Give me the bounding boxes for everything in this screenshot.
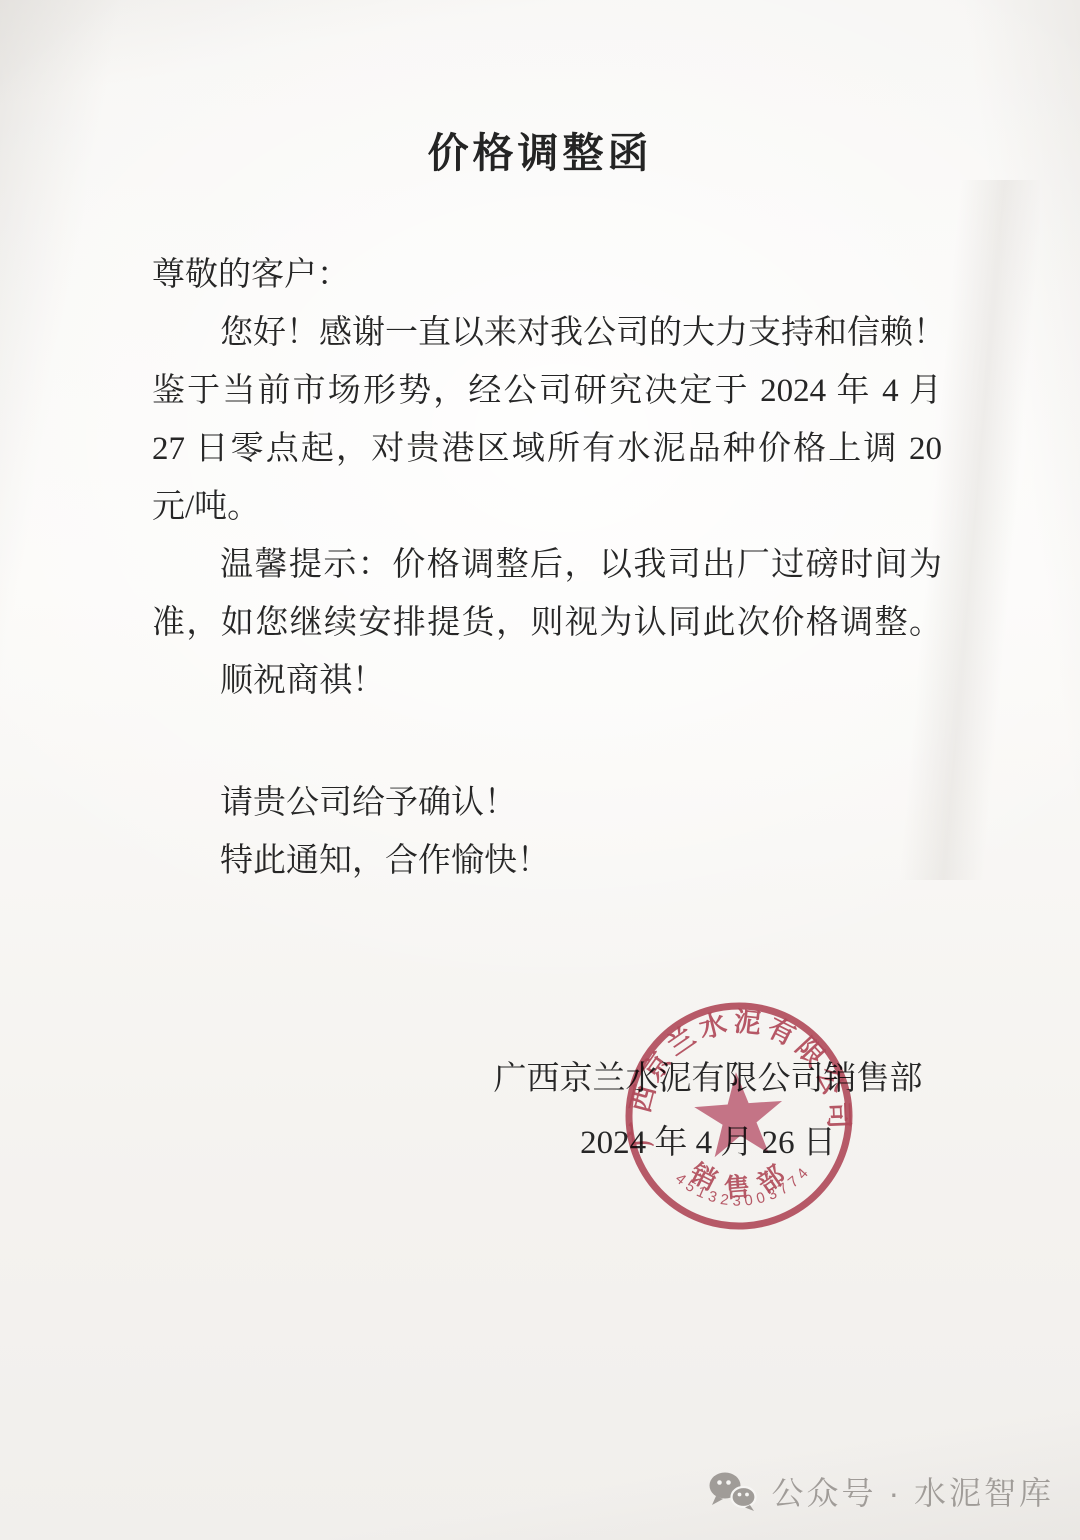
- letter-line: 鉴于当前市场形势，经公司研究决定于 2024 年 4 月: [152, 362, 942, 420]
- letter-line: 27 日零点起，对贵港区域所有水泥品种价格上调 20: [152, 420, 942, 478]
- letter-line: 顺祝商祺！: [152, 652, 942, 710]
- signature-date: 2024 年 4 月 26 日: [484, 1122, 932, 1164]
- letter-body: 尊敬的客户： 您好！感谢一直以来对我公司的大力支持和信赖！ 鉴于当前市场形势，经…: [152, 246, 942, 890]
- letter-line: 您好！感谢一直以来对我公司的大力支持和信赖！: [152, 304, 942, 362]
- watermark-label: 公众号 · 水泥智库: [772, 1468, 1054, 1514]
- letter-title: 价格调整函: [0, 120, 1080, 179]
- wechat-watermark: 公众号 · 水泥智库: [706, 1468, 1054, 1514]
- wechat-icon: [706, 1470, 758, 1512]
- letter-line: 元/吨。: [152, 478, 942, 536]
- letter-line: 温馨提示：价格调整后，以我司出厂过磅时间为: [152, 536, 942, 594]
- svg-text:451323003774: 451323003774: [671, 1161, 817, 1215]
- letter-line: 请贵公司给予确认！: [152, 774, 942, 832]
- letter-line: 准，如您继续安排提货，则视为认同此次价格调整。: [152, 594, 942, 652]
- signature-company: 广西京兰水泥有限公司销售部: [484, 1058, 932, 1100]
- salutation-line: 尊敬的客户：: [152, 246, 942, 304]
- letter-line: 特此通知，合作愉快！: [152, 832, 942, 890]
- signature-block: 广西京兰水泥有限公司销售部 2024 年 4 月 26 日: [484, 1058, 932, 1164]
- scanned-letter-page: 价格调整函 尊敬的客户： 您好！感谢一直以来对我公司的大力支持和信赖！ 鉴于当前…: [0, 0, 1080, 1540]
- seal-serial-number: 451323003774: [671, 1161, 817, 1215]
